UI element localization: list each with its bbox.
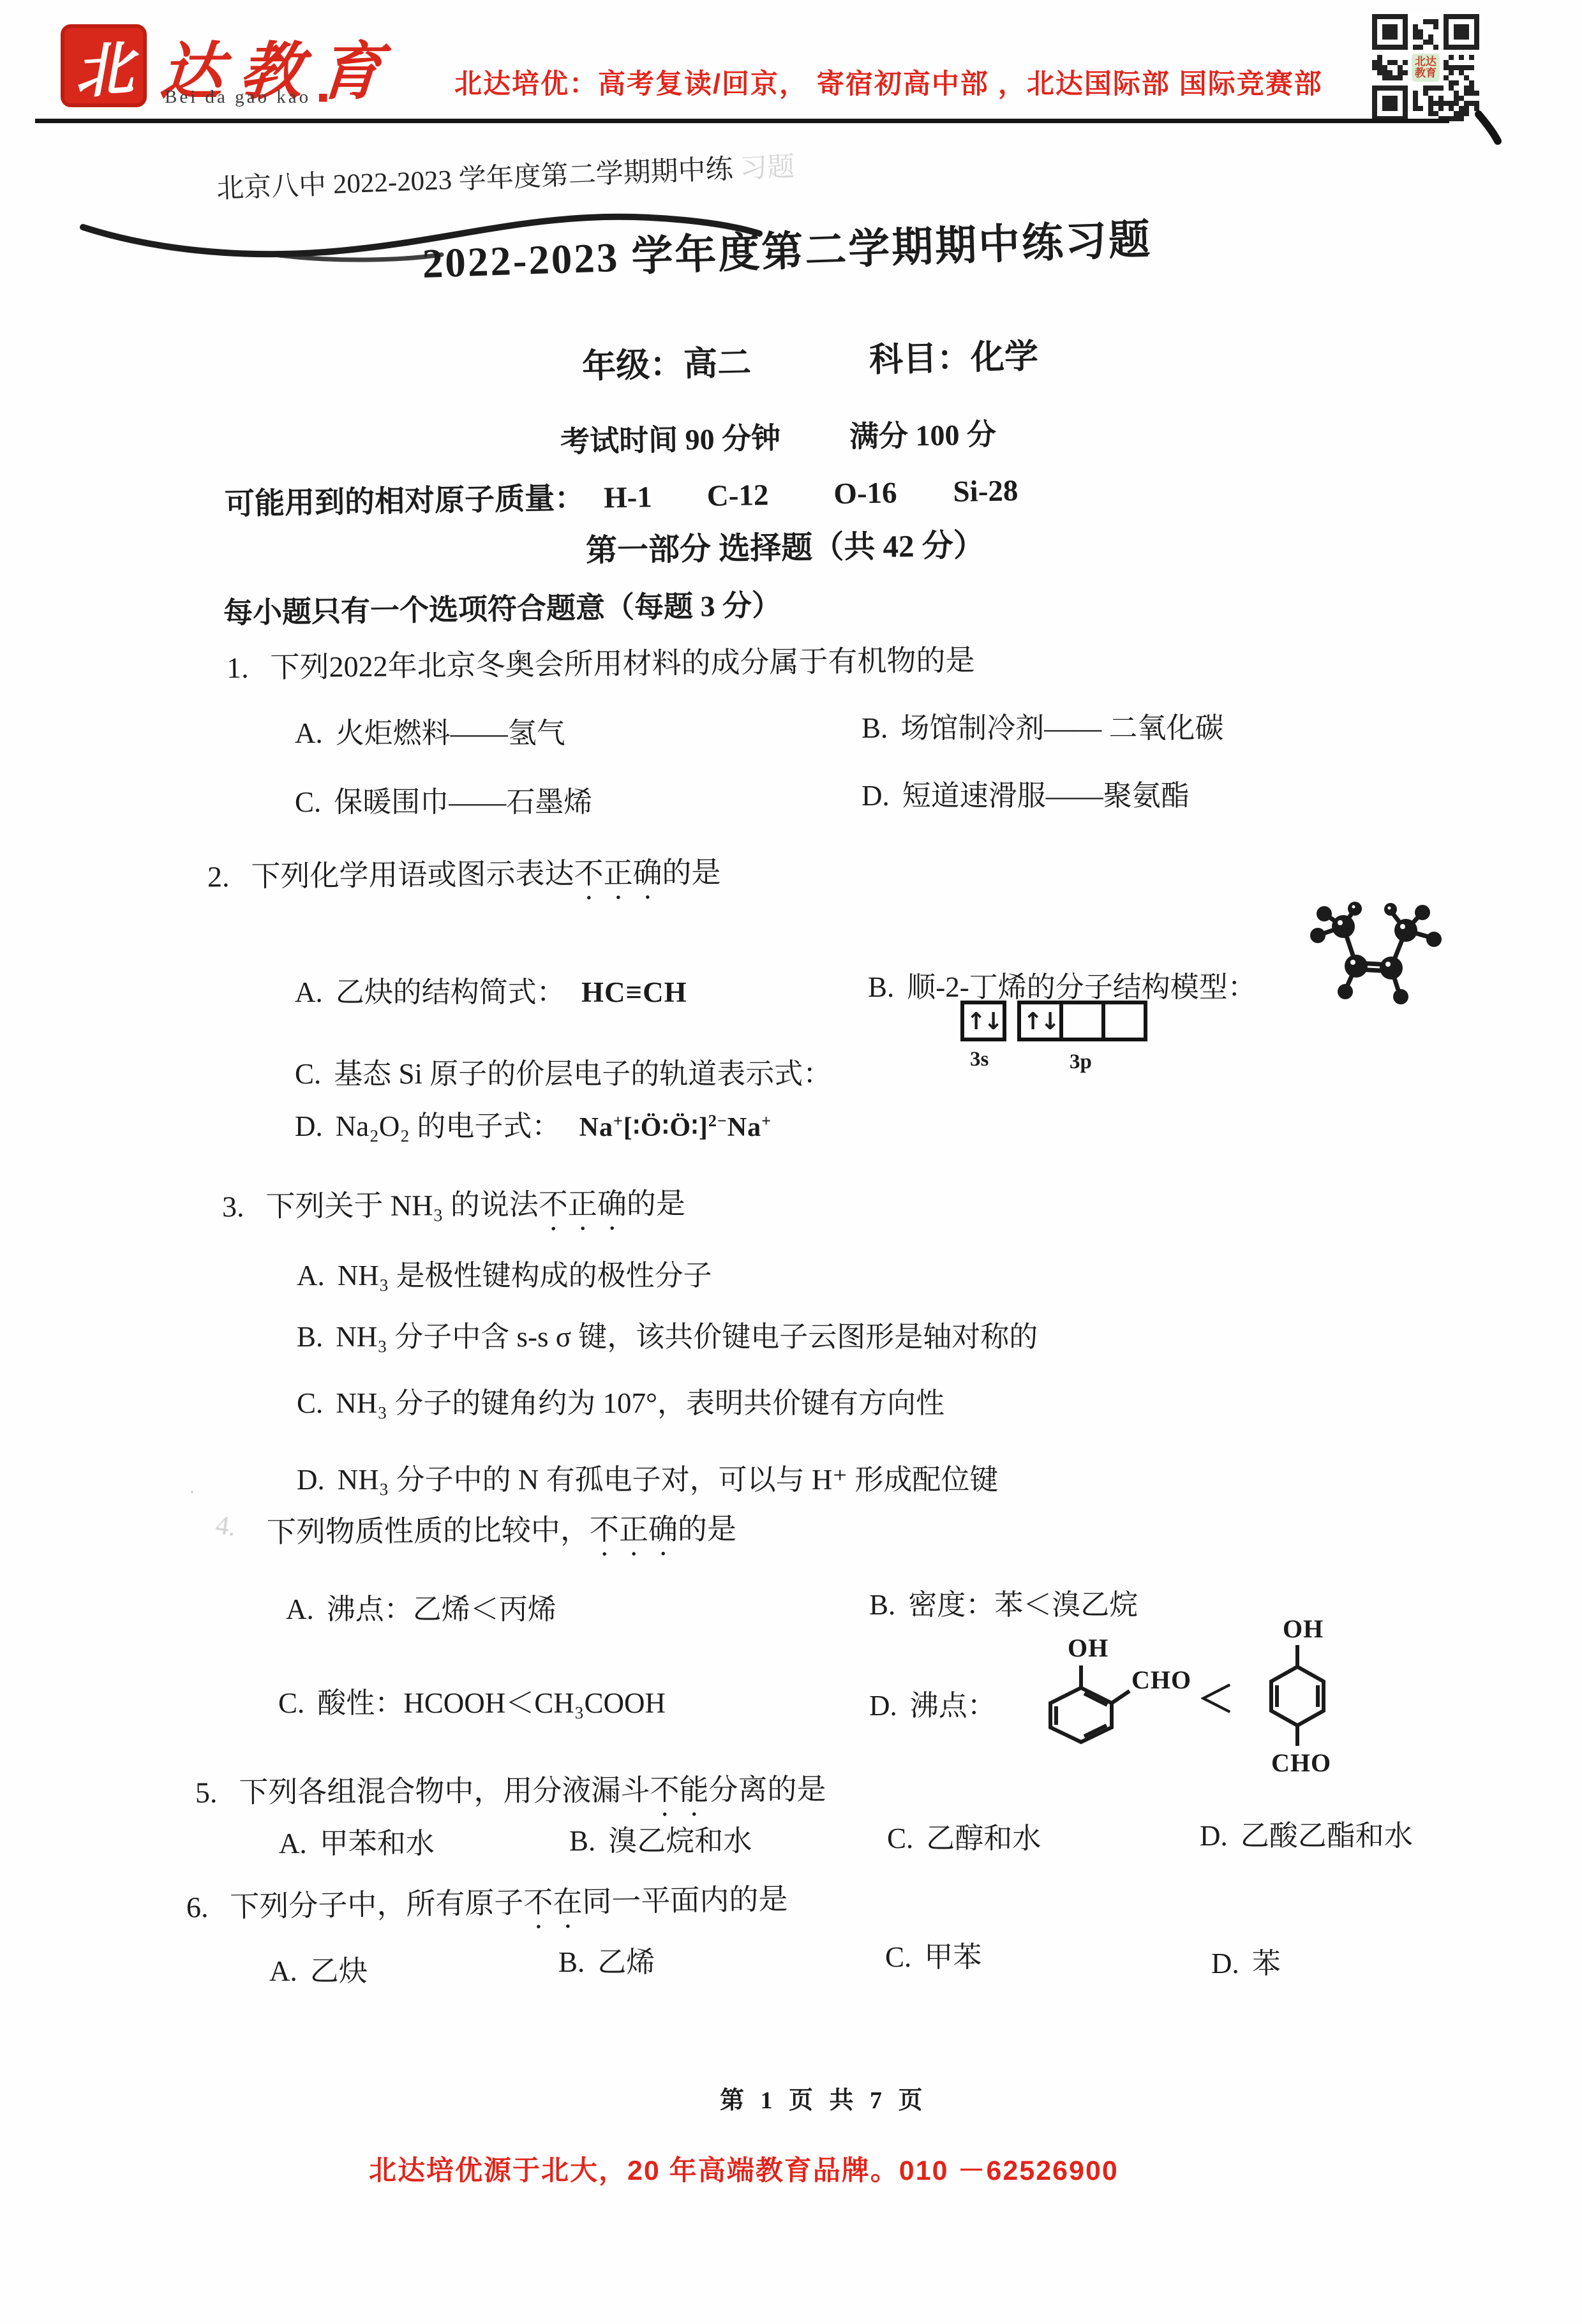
q2-stem-emphasis: 不正确	[574, 856, 662, 890]
q4-option-a-label: A.	[286, 1593, 314, 1626]
section-title: 第一部分 选择题（共 42 分）	[586, 521, 985, 571]
footer-brand-note: 北达培优源于北大，20 年高端教育品牌。010 －62526900	[369, 2149, 1119, 2188]
header-divider-line	[35, 119, 1449, 123]
q6-option-b-label: B.	[558, 1946, 585, 1979]
q5-stem-emphasis: 不能	[650, 1773, 708, 1806]
q6-option-c: C.甲苯	[885, 1933, 981, 1975]
q5-option-b-text: 溴乙烷和水	[608, 1825, 752, 1857]
q4-stem-pre: 下列物质性质的比较中，	[267, 1514, 590, 1549]
q4-option-b-text: 密度：苯＜溴乙烷	[908, 1589, 1138, 1621]
salicylaldehyde-cho-label: CHO	[1131, 1665, 1191, 1694]
pen-stroke-mark	[1474, 112, 1504, 144]
grade-label: 年级：高二	[582, 345, 752, 385]
eform-na2-charge: +	[761, 1112, 772, 1130]
q4-option-b-label: B.	[869, 1588, 895, 1621]
q6-stem: 6.下列分子中，所有原子不在同一平面内的是	[186, 1875, 788, 1939]
brand-subtitle-text: Bei da gao kao	[165, 87, 311, 107]
q4-stem: 下列物质性质的比较中，不正确的是	[267, 1505, 737, 1564]
orbital-box-3s: ↑↓	[960, 1001, 1006, 1041]
school-header-line: 北京八中 2022-2023 学年度第二学期期中练 习题	[216, 145, 795, 206]
q2-option-a-text: 乙炔的结构简式：	[336, 976, 565, 1008]
q5-option-d-text: 乙酸乙酯和水	[1241, 1820, 1413, 1852]
q6-option-a-label: A.	[269, 1955, 297, 1988]
q4-number-faint: 4.	[214, 1510, 238, 1543]
page-number: 第 1 页 共 7 页	[720, 2080, 928, 2115]
eform-na1: Na	[579, 1113, 613, 1142]
q5-option-c: C.乙醇和水	[887, 1815, 1041, 1856]
q4-option-c-label: C.	[278, 1687, 304, 1720]
exam-time-label: 考试时间 90 分钟	[560, 422, 781, 458]
qr-code: 北达 教育	[1372, 14, 1479, 121]
q1-option-c-text: 保暖围巾——石墨烯	[334, 786, 592, 818]
q1-option-c-label: C.	[295, 786, 321, 819]
q5-option-d-label: D.	[1200, 1819, 1228, 1852]
q3-option-b: B.NH₃ 分子中含 s-s σ 键，该共价键电子云图形是轴对称的	[297, 1313, 1038, 1355]
cis-2-butene-model	[1311, 901, 1445, 1011]
q5-stem: 5.下列各组混合物中，用分液漏斗不能分离的是	[195, 1766, 826, 1824]
q5-option-a: A.甲苯和水	[279, 1820, 435, 1861]
q6-option-d: D.苯	[1211, 1940, 1281, 1981]
orbital-3p-electrons: ↑↓	[1023, 1008, 1057, 1035]
q2-option-d-label: D.	[295, 1110, 323, 1143]
q3-stem-post: 的是	[627, 1187, 685, 1220]
orbital-3s-electrons: ↑↓	[966, 1008, 1001, 1035]
full-score-label: 满分 100 分	[849, 418, 997, 453]
q1-option-b-text: 场馆制冷剂—— 二氧化碳	[900, 712, 1223, 744]
q1-option-d-text: 短道速滑服——聚氨酯	[902, 780, 1190, 812]
q6-option-c-text: 甲苯	[924, 1941, 981, 1973]
q6-option-d-text: 苯	[1252, 1948, 1281, 1979]
eform-na2: Na	[728, 1113, 761, 1142]
q1-stem-text: 下列2022年北京冬奥会所用材料的成分属于有机物的是	[270, 644, 974, 684]
q3-stem: 3.下列关于 NH₃ 的说法不正确的是	[222, 1180, 686, 1239]
q3-option-b-label: B.	[297, 1320, 323, 1353]
q4-option-d-text: 沸点：	[910, 1690, 996, 1722]
q1-option-b: B.场馆制冷剂—— 二氧化碳	[862, 704, 1224, 746]
q5-option-c-text: 乙醇和水	[926, 1822, 1041, 1854]
q4-option-d-label: D.	[869, 1689, 897, 1722]
q1-option-c: C.保暖围巾——石墨烯	[295, 778, 592, 820]
orbital-3p-cell-3	[1101, 1001, 1147, 1041]
qr-center-logo: 北达 教育	[1410, 52, 1441, 83]
q6-option-a-text: 乙炔	[310, 1955, 368, 1987]
q4-option-a-text: 沸点：乙烯＜丙烯	[327, 1593, 556, 1625]
eform-core: [∶Ö∶Ö∶]	[623, 1113, 708, 1142]
salicylaldehyde-structure: OH CHO	[1031, 1626, 1203, 1754]
q6-option-a: A.乙炔	[269, 1948, 368, 1989]
scan-smudge-mark: ·	[189, 1482, 195, 1503]
q6-option-b: B.乙烯	[558, 1939, 655, 1980]
q2-option-a: A.乙炔的结构简式： HC≡CH	[295, 969, 687, 1010]
eform-na1-charge: +	[613, 1112, 623, 1130]
atomic-mass-si: Si-28	[953, 474, 1019, 509]
q2-option-a-label: A.	[295, 976, 323, 1009]
q6-stem-pre: 下列分子中，所有原子	[230, 1886, 524, 1923]
q1-number: 1.	[227, 651, 249, 685]
q1-option-d-label: D.	[862, 779, 890, 812]
school-header-tail: 习题	[739, 152, 795, 184]
q3-option-b-text: NH₃ 分子中含 s-s σ 键，该共价键电子云图形是轴对称的	[336, 1321, 1038, 1353]
eform-core-charge: 2−	[708, 1112, 728, 1130]
q1-option-b-label: B.	[862, 711, 888, 745]
q3-option-c: C.NH₃ 分子的键角约为 107°，表明共价键有方向性	[297, 1380, 944, 1421]
atomic-mass-c: C-12	[706, 479, 768, 513]
q2-stem: 2.下列化学用语或图示表达不正确的是	[207, 849, 721, 909]
q2-number: 2.	[207, 860, 230, 893]
q5-option-b-label: B.	[569, 1824, 595, 1858]
q3-option-a-label: A.	[297, 1259, 325, 1292]
q2-option-b: B.顺-2-丁烯的分子结构模型：	[868, 964, 1257, 1005]
brand-square-mark: ■	[318, 88, 331, 107]
q6-option-c-label: C.	[885, 1940, 911, 1974]
q5-option-a-text: 甲苯和水	[320, 1828, 435, 1859]
q6-number: 6.	[186, 1890, 209, 1924]
q3-option-a-text: NH₃ 是极性键构成的极性分子	[338, 1260, 712, 1292]
school-header-text: 北京八中 2022-2023 学年度第二学期期中练	[216, 154, 733, 204]
header-tagline: 北达培优：高考复读/回京， 寄宿初高中部 ，北达国际部 国际竞赛部	[454, 63, 1323, 101]
q2-option-b-label: B.	[868, 971, 894, 1004]
q3-option-d: D.NH₃ 分子中的 N 有孤电子对，可以与 H⁺ 形成配位键	[297, 1456, 998, 1498]
q3-number: 3.	[222, 1189, 244, 1223]
q5-number: 5.	[195, 1775, 218, 1809]
q2-stem-post: 的是	[662, 856, 720, 889]
q3-option-d-text: NH₃ 分子中的 N 有孤电子对，可以与 H⁺ 形成配位键	[338, 1464, 999, 1496]
atomic-mass-line: 可能用到的相对原子质量：H-1C-12O-16Si-28	[225, 466, 1019, 523]
q4-option-c-text: 酸性：HCOOH＜CH₃COOH	[317, 1687, 666, 1719]
q2-option-d-text: Na₂O₂ 的电子式：	[336, 1110, 561, 1142]
q2-option-b-text: 顺-2-丁烯的分子结构模型：	[907, 971, 1256, 1003]
q3-stem-emphasis: 不正确	[539, 1188, 627, 1221]
q4-option-c: C.酸性：HCOOH＜CH₃COOH	[278, 1680, 666, 1721]
hydroxybenzaldehyde-structure: OH CHO	[1238, 1594, 1410, 1779]
qr-logo-line1: 北达	[1415, 56, 1436, 68]
q5-stem-post: 分离的是	[708, 1773, 826, 1806]
orbital-3s-label: 3s	[970, 1048, 989, 1071]
seal-character: 北	[71, 22, 136, 110]
q2-stem-pre: 下列化学用语或图示表达	[251, 857, 574, 892]
time-score-line: 考试时间 90 分钟满分 100 分	[560, 411, 996, 461]
q5-option-b: B.溴乙烷和水	[569, 1817, 752, 1859]
q1-option-a-text: 火炬燃料——氢气	[336, 717, 565, 749]
q2-option-d: D.Na₂O₂ 的电子式： Na+[∶Ö∶Ö∶]2−Na+	[295, 1103, 772, 1144]
hydroxybenzaldehyde-oh-label: OH	[1283, 1614, 1324, 1643]
q1-stem: 1.下列2022年北京冬奥会所用材料的成分属于有机物的是	[227, 637, 975, 687]
salicylaldehyde-oh-label: OH	[1068, 1634, 1108, 1662]
q6-stem-post: 同一平面内的是	[582, 1882, 788, 1918]
acetylene-formula: HC≡CH	[581, 976, 687, 1008]
q3-option-a: A.NH₃ 是极性键构成的极性分子	[297, 1252, 712, 1293]
qr-logo-line2: 教育	[1415, 68, 1436, 79]
instruction-line: 每小题只有一个选项符合题意（每题 3 分）	[223, 582, 782, 632]
subject-label: 科目：化学	[869, 338, 1038, 379]
q1-option-d: D.短道速滑服——聚氨酯	[862, 772, 1190, 814]
q2-option-c-text: 基态 Si 原子的价层电子的轨道表示式：	[334, 1058, 832, 1090]
q2-option-c: C.基态 Si 原子的价层电子的轨道表示式：	[295, 1050, 832, 1092]
q6-stem-emphasis: 不在	[523, 1886, 583, 1919]
hydroxybenzaldehyde-cho-label: CHO	[1271, 1748, 1331, 1777]
orbital-3p-label: 3p	[1070, 1050, 1092, 1074]
q4-option-a: A.沸点：乙烯＜丙烯	[286, 1586, 556, 1627]
q5-option-a-label: A.	[279, 1827, 307, 1860]
q1-option-a-label: A.	[295, 717, 323, 750]
q5-option-d: D.乙酸乙酯和水	[1200, 1812, 1413, 1854]
q5-stem-pre: 下列各组混合物中，用分液漏斗	[239, 1774, 650, 1808]
q4-stem-post: 的是	[678, 1512, 736, 1546]
orbital-3p-cell-2	[1059, 1001, 1105, 1041]
atomic-mass-o: O-16	[833, 476, 897, 510]
q4-stem-emphasis: 不正确	[590, 1513, 678, 1546]
q3-stem-pre: 下列关于 NH₃ 的说法	[265, 1188, 539, 1223]
q2-option-c-label: C.	[295, 1057, 321, 1091]
q3-option-d-label: D.	[297, 1463, 325, 1496]
boiling-point-compare-sign: ＜	[1197, 1669, 1234, 1723]
q3-option-c-label: C.	[297, 1387, 323, 1420]
q5-option-c-label: C.	[887, 1822, 913, 1855]
q3-option-c-text: NH₃ 分子的键角约为 107°，表明共价键有方向性	[336, 1387, 944, 1419]
q6-option-d-label: D.	[1211, 1947, 1239, 1980]
brand-seal-logo: 北	[61, 24, 147, 107]
exam-paper-page: 北 达教育 Bei da gao kao ■ 北达培优：高考复读/回京， 寄宿初…	[0, 0, 1582, 2324]
brand-subtitle: Bei da gao kao ■	[165, 87, 331, 108]
grade-subject-line: 年级：高二科目：化学	[581, 329, 1039, 388]
orbital-boxes-3p: ↑↓	[1017, 1001, 1147, 1041]
na2o2-electron-formula: Na+[∶Ö∶Ö∶]2−Na+	[579, 1113, 772, 1142]
q4-option-b: B.密度：苯＜溴乙烷	[869, 1581, 1138, 1623]
q6-option-b-text: 乙烯	[597, 1946, 655, 1978]
q1-option-a: A.火炬燃料——氢气	[295, 710, 565, 751]
atomic-mass-label: 可能用到的相对原子质量：	[225, 482, 585, 521]
orbital-3p-cell-1: ↑↓	[1017, 1001, 1063, 1041]
atomic-mass-h: H-1	[604, 480, 653, 514]
q4-option-d: D.沸点：	[869, 1682, 996, 1724]
